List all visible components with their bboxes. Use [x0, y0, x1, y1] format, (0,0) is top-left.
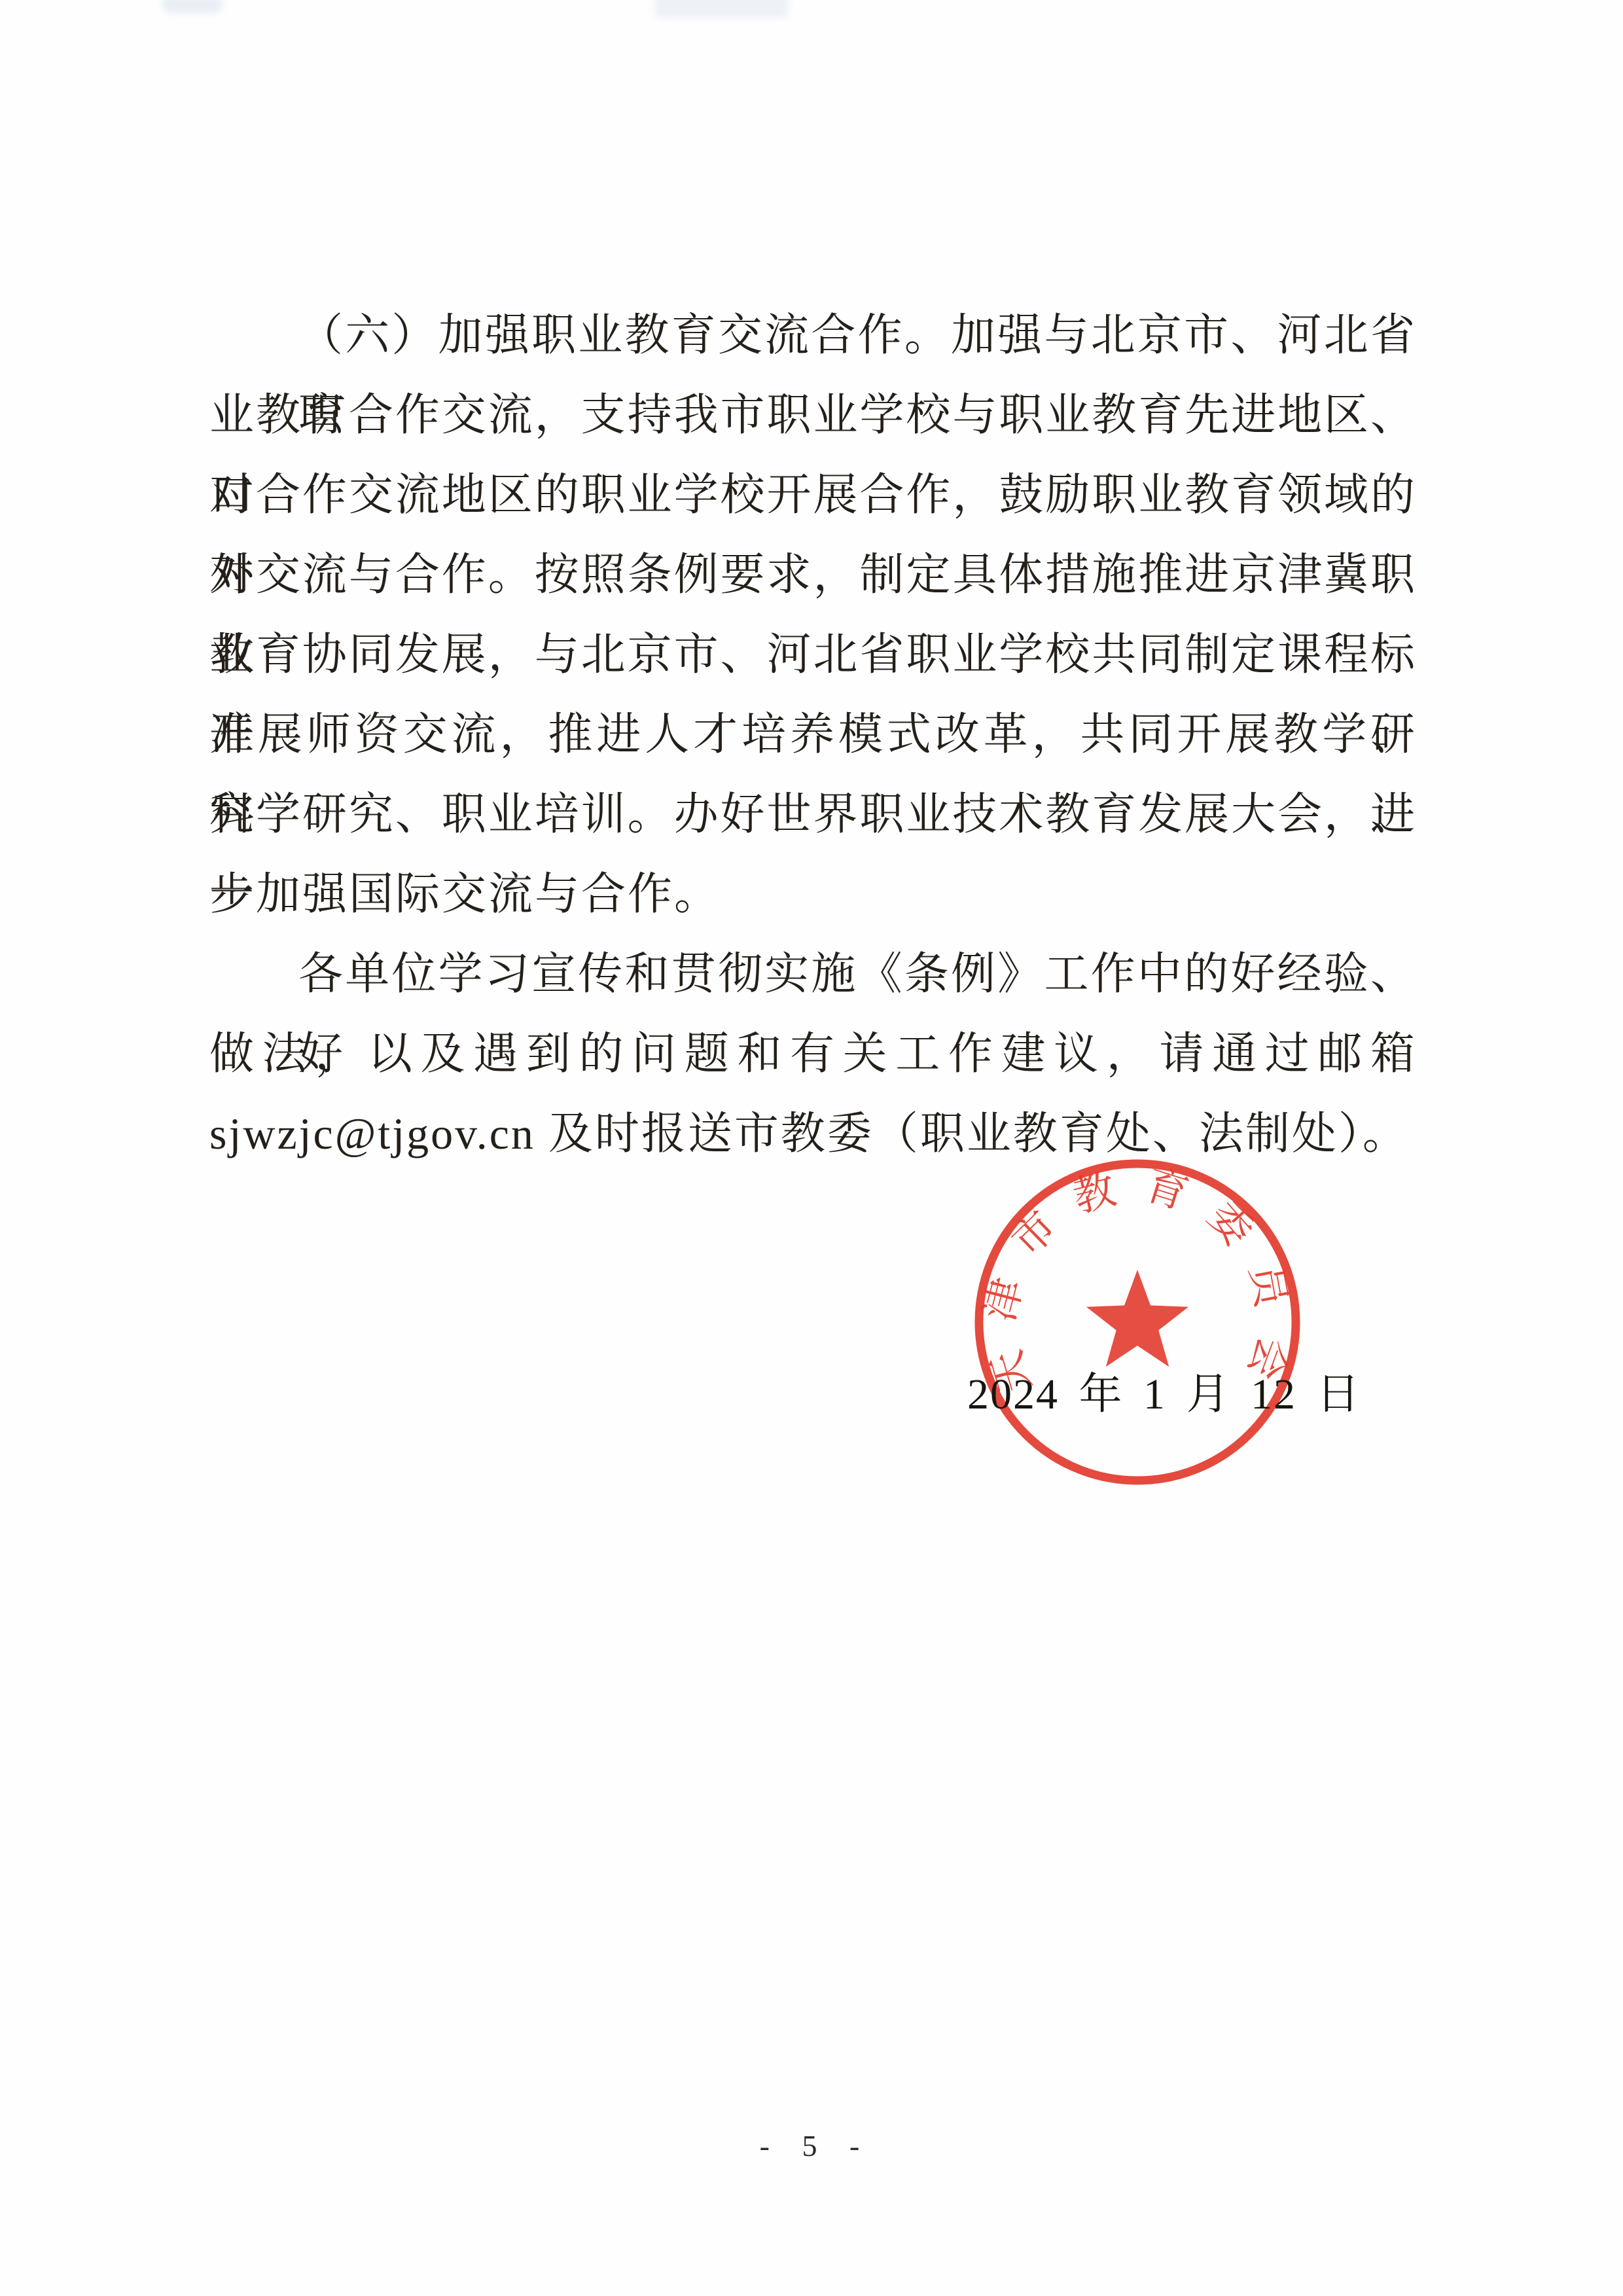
text-line: 口合作交流地区的职业学校开展合作，鼓励职业教育领域的对: [209, 455, 1416, 535]
scan-artifact: [654, 0, 789, 18]
text-line: （六）加强职业教育交流合作。加强与北京市、河北省职: [209, 295, 1416, 375]
text-line: 教育协同发展，与北京市、河北省职业学校共同制定课程标准、: [209, 615, 1416, 694]
text-line: 做法，以及遇到的问题和有关工作建议，请通过邮箱: [209, 1014, 1416, 1094]
text-line: 外交流与合作。按照条例要求，制定具体措施推进京津冀职业: [209, 535, 1416, 615]
issue-date: 2024 年 1 月 12 日: [967, 1367, 1308, 1423]
scan-artifact: [162, 0, 223, 13]
star-icon: [1086, 1270, 1188, 1367]
text-line: 业教育合作交流，支持我市职业学校与职业教育先进地区、对: [209, 375, 1416, 455]
text-line: 开展师资交流，推进人才培养模式改革，共同开展教学研究、: [209, 694, 1416, 774]
text-line: 步加强国际交流与合作。: [209, 854, 1416, 934]
body-text: （六）加强职业教育交流合作。加强与北京市、河北省职 业教育合作交流，支持我市职业…: [209, 295, 1416, 1174]
official-seal: 天津市教育委员会: [974, 1158, 1301, 1486]
text-line: 各单位学习宣传和贯彻实施《条例》工作中的好经验、好: [209, 934, 1416, 1014]
page-number: - 5 -: [0, 2128, 1623, 2163]
official-seal-graphic: 天津市教育委员会: [974, 1158, 1301, 1486]
document-page: （六）加强职业教育交流合作。加强与北京市、河北省职 业教育合作交流，支持我市职业…: [0, 0, 1623, 2296]
text-line: 科学研究、职业培训。办好世界职业技术教育发展大会，进一: [209, 774, 1416, 854]
